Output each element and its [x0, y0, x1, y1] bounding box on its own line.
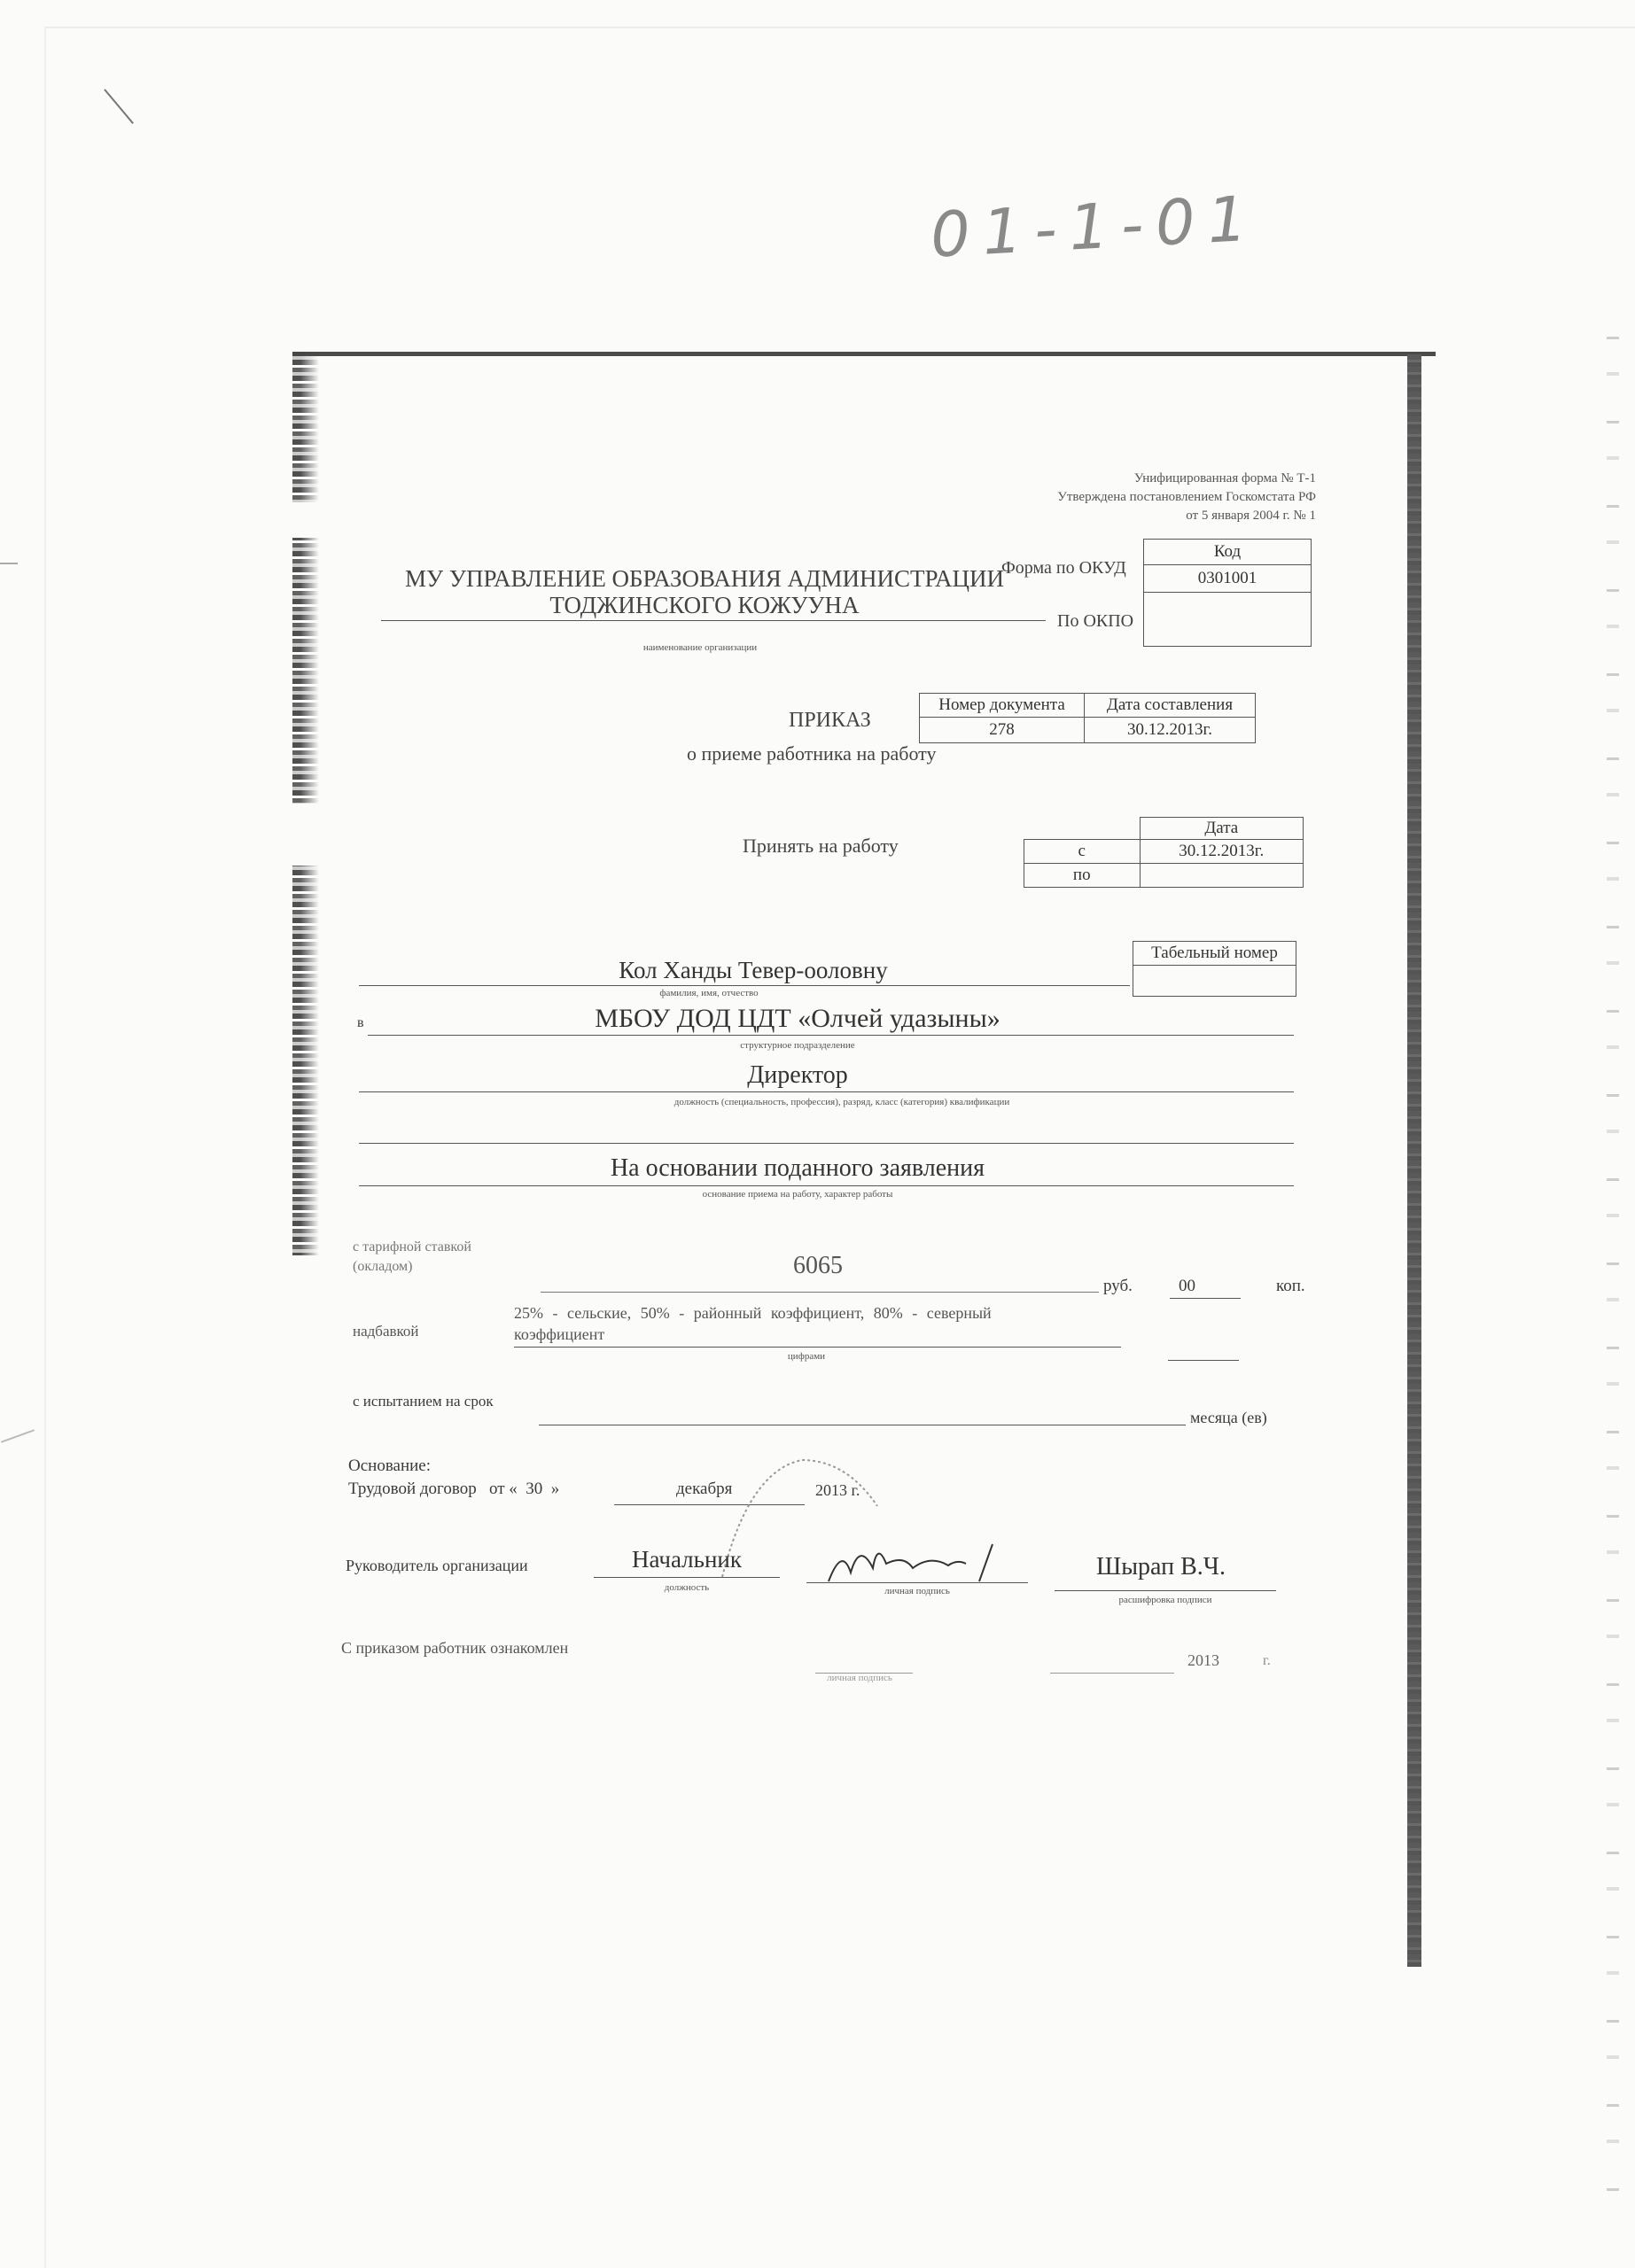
probation-label: с испытанием на срок	[353, 1393, 494, 1410]
acquainted-year: 2013	[1187, 1651, 1219, 1670]
salary-rubles: 6065	[793, 1252, 843, 1280]
order-subtitle: о приеме работника на работу	[687, 742, 936, 765]
order-title: ПРИКАЗ	[789, 709, 871, 733]
scan-noise	[1607, 337, 1619, 2197]
hire-dates-table: Дата с 30.12.2013г. по	[1024, 817, 1304, 888]
head-name: Шырап В.Ч.	[1055, 1553, 1267, 1581]
probation-unit: месяца (ев)	[1190, 1409, 1267, 1427]
tab-number-table: Табельный номер	[1133, 941, 1296, 997]
hire-to-date	[1140, 864, 1304, 888]
order-number-table: Номер документа Дата составления 278 30.…	[919, 693, 1256, 743]
bonus-label: надбавкой	[353, 1323, 419, 1340]
salary-kopecks: 00	[1179, 1277, 1195, 1296]
order-date: 30.12.2013г.	[1085, 718, 1256, 743]
salary-label: с тарифной ставкой (окладом)	[353, 1238, 471, 1277]
acquainted-label: С приказом работник ознакомлен	[341, 1639, 568, 1658]
codes-table: Код 0301001	[1143, 539, 1312, 647]
employee-name: Кол Ханды Тевер-ооловну	[443, 957, 1063, 984]
handwritten-archive-number: 01-1-01	[929, 182, 1261, 271]
hire-from-date: 30.12.2013г.	[1140, 840, 1304, 864]
organization-caption: наименование организации	[567, 642, 833, 653]
organization-name: МУ УПРАВЛЕНИЕ ОБРАЗОВАНИЯ АДМИНИСТРАЦИИ …	[372, 565, 1037, 618]
hire-basis: На основании поданного заявления	[443, 1154, 1152, 1183]
form-approval-note: Унифицированная форма № Т-1 Утверждена п…	[886, 470, 1316, 525]
position: Директор	[620, 1061, 975, 1090]
okud-value: 0301001	[1144, 565, 1312, 593]
order-number: 278	[920, 718, 1085, 743]
tab-number	[1133, 966, 1296, 997]
contract-reference: Трудовой договор от « 30 »	[348, 1480, 559, 1499]
scan-mark	[104, 89, 134, 124]
hire-label: Принять на работу	[743, 835, 899, 858]
bonus-text: 25% - сельские, 50% - районный коэффицие…	[514, 1302, 992, 1345]
sheet-edge	[44, 27, 1635, 28]
okpo-value	[1144, 593, 1312, 647]
scan-mark	[1, 1429, 35, 1443]
scan-mark	[0, 563, 18, 564]
contract-day: 30	[526, 1480, 542, 1498]
frame-border	[1407, 354, 1421, 1967]
sheet-edge	[44, 27, 46, 2268]
okpo-label: По ОКПО	[1057, 611, 1133, 632]
department: МБОУ ДОД ЦДТ «Олчей удазыны»	[443, 1004, 1152, 1034]
head-position: Начальник	[603, 1546, 771, 1573]
frame-border	[292, 352, 1436, 356]
code-header: Код	[1144, 540, 1312, 565]
head-label: Руководитель организации	[346, 1557, 528, 1575]
